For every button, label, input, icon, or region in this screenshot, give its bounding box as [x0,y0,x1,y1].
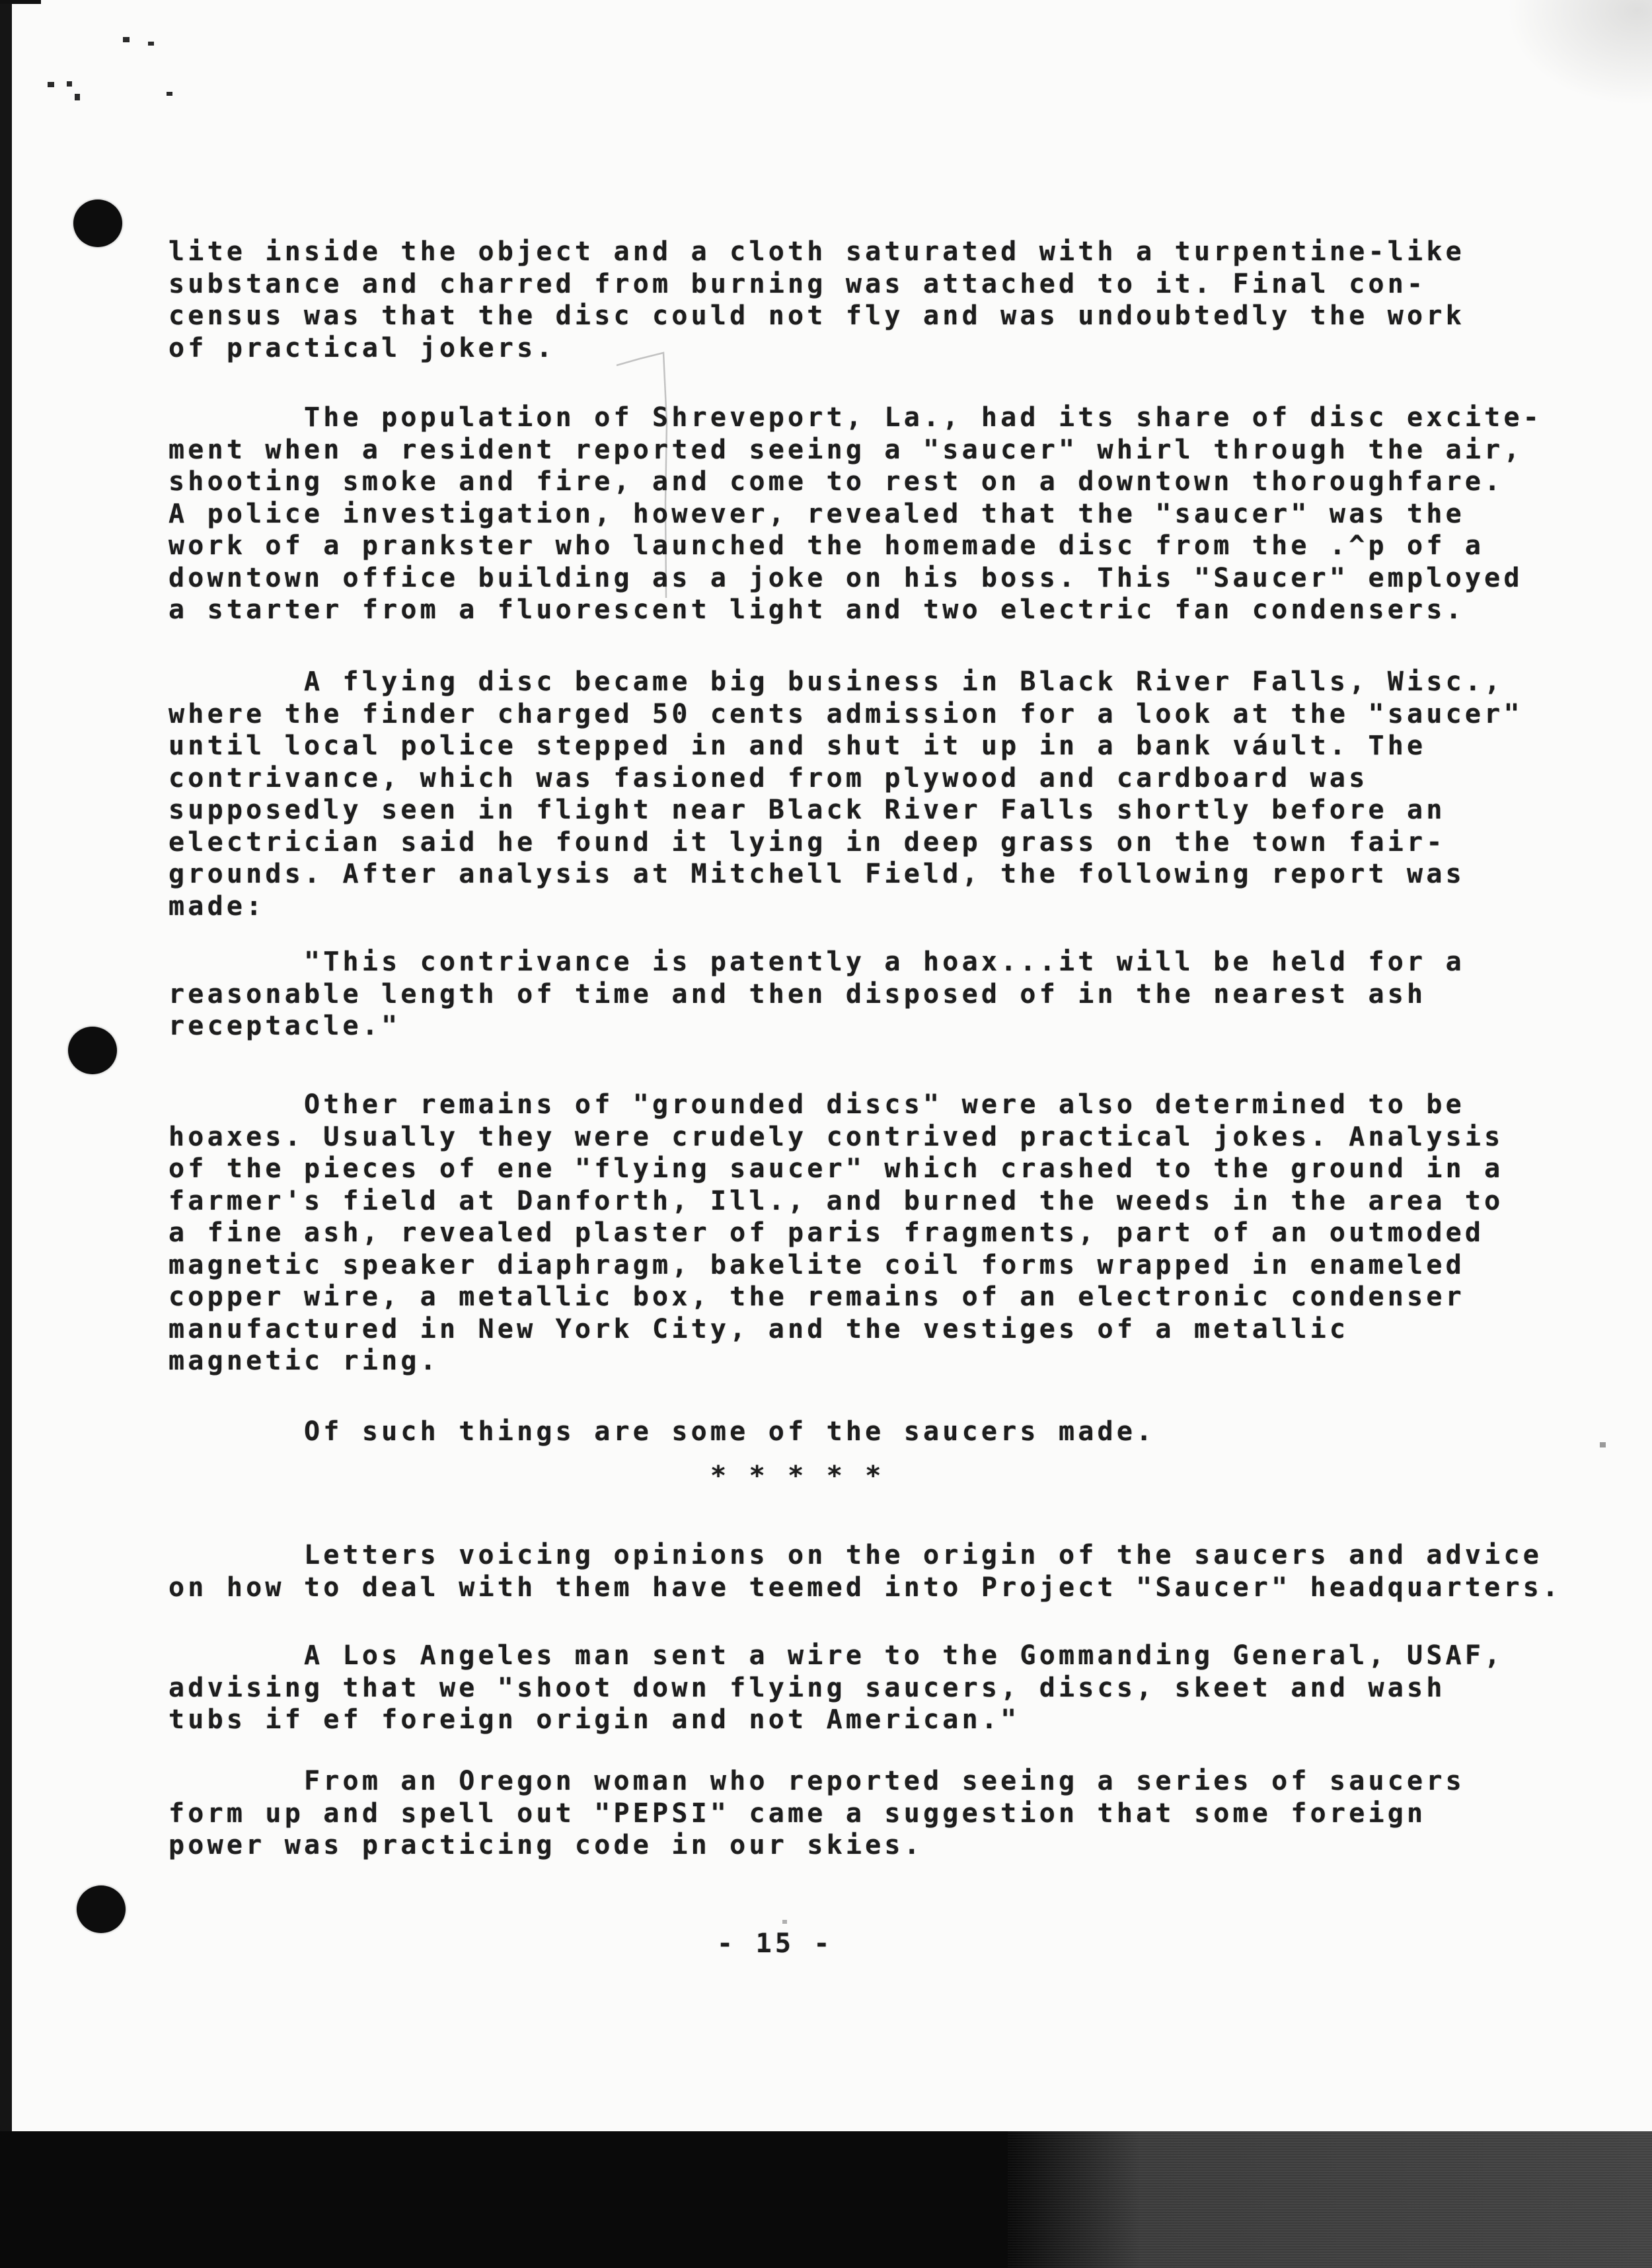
asterisk-separator: * * * * * [710,1460,885,1492]
scan-edge-top [0,0,41,4]
scan-speck [67,81,72,87]
scan-speck [782,1920,787,1924]
scan-edge-left [0,0,12,2268]
scanned-document-page: lite inside the object and a cloth satur… [0,0,1652,2268]
scan-smudge [1507,0,1652,106]
punch-hole-mark-middle [68,1027,117,1074]
punch-hole-mark-bottom [77,1885,126,1933]
scan-speck [75,94,80,100]
paragraph-6: Of such things are some of the saucers m… [169,1416,1155,1448]
scan-speck [148,42,154,46]
paragraph-9: From an Oregon woman who reported seeing… [169,1765,1465,1862]
paragraph-5: Other remains of "grounded discs" were a… [169,1089,1503,1377]
scan-speck [167,92,172,96]
paragraph-2: The population of Shreveport, La., had i… [169,402,1542,626]
paragraph-1: lite inside the object and a cloth satur… [169,236,1465,364]
scan-speck [123,37,130,42]
page-number: - 15 - [717,1928,833,1960]
paragraph-4-quote: "This contrivance is patently a hoax...i… [169,946,1465,1043]
punch-hole-mark-top [73,200,122,247]
paragraph-3: A flying disc became big business in Bla… [169,666,1523,922]
scan-speck [48,82,54,87]
scan-speck [1600,1442,1606,1447]
scanline-texture [1008,2131,1652,2268]
scan-edge-bottom-band [0,2131,1652,2268]
paragraph-8: A Los Angeles man sent a wire to the Gom… [169,1640,1503,1736]
paragraph-7: Letters voicing opinions on the origin o… [169,1539,1561,1603]
